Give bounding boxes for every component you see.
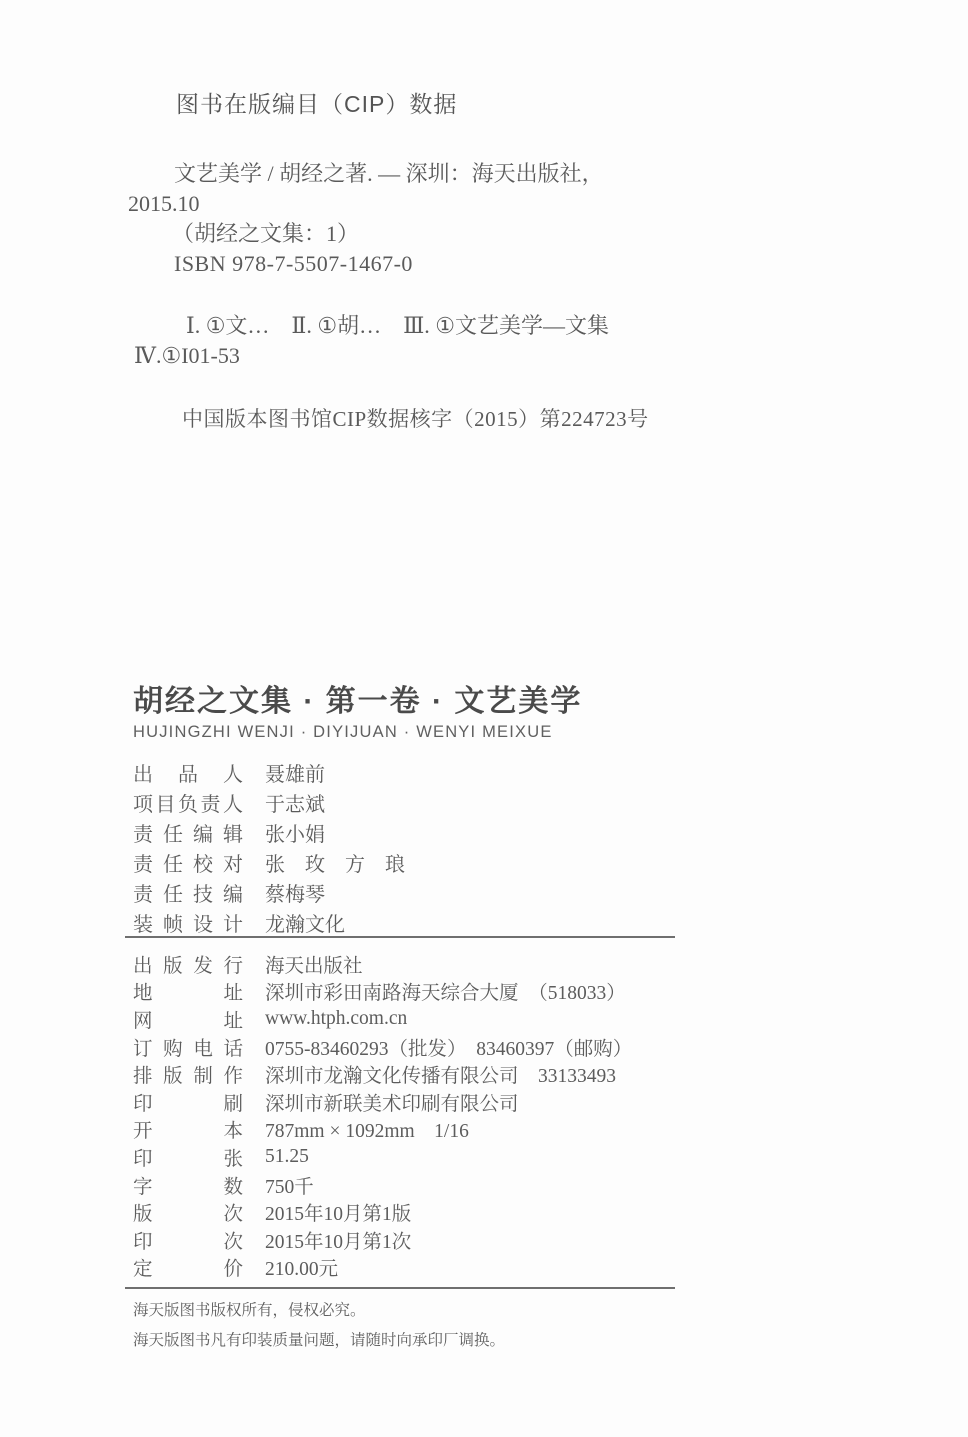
staff-row: 出品人 聂雄前 <box>133 757 693 787</box>
publishing-row: 印刷 深圳市新联美术印刷有限公司 <box>133 1088 733 1116</box>
publishing-field-value: 51.25 <box>265 1146 309 1168</box>
publishing-field-label: 排版制作 <box>133 1060 243 1088</box>
publishing-field-value: 787mm × 1092mm 1/16 <box>265 1115 469 1143</box>
publishing-field-value: 深圳市新联美术印刷有限公司 <box>265 1088 519 1116</box>
publishing-field-value: 2015年10月第1版 <box>265 1198 411 1226</box>
publishing-field-value: 2015年10月第1次 <box>265 1226 411 1254</box>
staff-role-label: 责任编辑 <box>133 818 243 847</box>
publishing-field-label: 出版发行 <box>133 950 243 978</box>
staff-name: 聂雄前 <box>265 758 325 787</box>
publishing-row: 网址 www.htph.com.cn <box>133 1005 733 1033</box>
staff-name: 张小娟 <box>265 818 325 847</box>
classification-line: Ⅳ.①I01-53 <box>128 341 728 371</box>
staff-role-label: 出品人 <box>133 758 243 787</box>
publishing-row: 字数 750千 <box>133 1171 733 1199</box>
staff-row: 责任技编 蔡梅琴 <box>133 877 693 907</box>
publishing-row: 地址 深圳市彩田南路海天综合大厦 （518033） <box>133 978 733 1006</box>
publishing-field-label: 地址 <box>133 977 243 1005</box>
publishing-field-label: 印刷 <box>133 1088 243 1116</box>
title-block: 胡经之文集 · 第一卷 · 文艺美学 HUJINGZHI WENJI · DIY… <box>133 676 733 742</box>
phone-numbers: 0755-83460293（批发） 83460397（邮购） <box>265 1033 632 1061</box>
staff-name: 蔡梅琴 <box>265 878 325 907</box>
book-title-pinyin: HUJINGZHI WENJI · DIYIJUAN · WENYI MEIXU… <box>133 723 733 742</box>
publishing-field-value: 深圳市龙瀚文化传播有限公司 33133493 <box>265 1060 616 1088</box>
cip-bibliographic-block: 文艺美学 / 胡经之著. — 深圳：海天出版社， 2015.10 （胡经之文集：… <box>128 159 728 279</box>
publishing-field-label: 订购电话 <box>133 1033 243 1061</box>
publishing-row: 出版发行 海天出版社 <box>133 950 733 978</box>
publishing-field-value: 深圳市彩田南路海天综合大厦 （518033） <box>265 977 626 1005</box>
staff-role-label: 责任校对 <box>133 848 243 877</box>
staff-credits: 出品人 聂雄前 项目负责人 于志斌 责任编辑 张小娟 责任校对 张 玫 方 琅 … <box>133 757 693 937</box>
divider-line <box>125 936 675 938</box>
staff-name: 龙瀚文化 <box>265 908 345 937</box>
publishing-field-label: 开本 <box>133 1115 243 1143</box>
bib-line: （胡经之文集：1） <box>128 219 728 249</box>
publishing-field-label: 印次 <box>133 1226 243 1254</box>
price-value: 210.00元 <box>265 1253 338 1281</box>
publishing-row: 印张 51.25 <box>133 1143 733 1171</box>
publishing-field-label: 版次 <box>133 1198 243 1226</box>
staff-name: 于志斌 <box>265 788 325 817</box>
publishing-field-label: 字数 <box>133 1171 243 1199</box>
bib-line: 文艺美学 / 胡经之著. — 深圳：海天出版社， <box>128 159 728 189</box>
publishing-row: 订购电话 0755-83460293（批发） 83460397（邮购） <box>133 1033 733 1061</box>
publishing-field-label: 定价 <box>133 1253 243 1281</box>
publishing-field-value: 海天出版社 <box>265 950 363 978</box>
publishing-field-label: 印张 <box>133 1143 243 1171</box>
bib-line: 2015.10 <box>128 189 728 219</box>
staff-row: 责任编辑 张小娟 <box>133 817 693 847</box>
staff-role-label: 责任技编 <box>133 878 243 907</box>
copyright-page: 图书在版编目（CIP）数据 文艺美学 / 胡经之著. — 深圳：海天出版社， 2… <box>0 0 968 1437</box>
classification-line: Ⅰ. ①文… Ⅱ. ①胡… Ⅲ. ①文艺美学—文集 <box>128 311 728 341</box>
cip-record-number: 中国版本图书馆CIP数据核字（2015）第224723号 <box>128 403 728 433</box>
cip-heading: 图书在版编目（CIP）数据 <box>128 86 728 119</box>
staff-role-label: 项目负责人 <box>133 788 243 817</box>
publishing-row: 印次 2015年10月第1次 <box>133 1226 733 1254</box>
copyright-notices: 海天版图书版权所有，侵权必究。 海天版图书凡有印装质量问题，请随时向承印厂调换。 <box>133 1296 733 1356</box>
cip-classification-block: Ⅰ. ①文… Ⅱ. ①胡… Ⅲ. ①文艺美学—文集 Ⅳ.①I01-53 <box>128 311 728 371</box>
publishing-row: 排版制作 深圳市龙瀚文化传播有限公司 33133493 <box>133 1060 733 1088</box>
staff-name: 张 玫 方 琅 <box>265 848 405 877</box>
publishing-details: 出版发行 海天出版社 地址 深圳市彩田南路海天综合大厦 （518033） 网址 … <box>133 950 733 1281</box>
publishing-field-value: 750千 <box>265 1171 314 1199</box>
publishing-field-label: 网址 <box>133 1005 243 1033</box>
publishing-row: 开本 787mm × 1092mm 1/16 <box>133 1116 733 1144</box>
isbn-line: ISBN 978-7-5507-1467-0 <box>128 249 728 279</box>
staff-row: 责任校对 张 玫 方 琅 <box>133 847 693 877</box>
quality-notice-line: 海天版图书凡有印装质量问题，请随时向承印厂调换。 <box>133 1326 733 1356</box>
book-title: 胡经之文集 · 第一卷 · 文艺美学 <box>133 676 733 720</box>
divider-line <box>125 1287 675 1289</box>
publishing-row: 定价 210.00元 <box>133 1254 733 1282</box>
staff-role-label: 装帧设计 <box>133 908 243 937</box>
staff-row: 装帧设计 龙瀚文化 <box>133 907 693 937</box>
website-url: www.htph.com.cn <box>265 1008 407 1030</box>
staff-row: 项目负责人 于志斌 <box>133 787 693 817</box>
publishing-row: 版次 2015年10月第1版 <box>133 1198 733 1226</box>
copyright-notice-line: 海天版图书版权所有，侵权必究。 <box>133 1296 733 1326</box>
cip-section: 图书在版编目（CIP）数据 文艺美学 / 胡经之著. — 深圳：海天出版社， 2… <box>128 86 728 433</box>
